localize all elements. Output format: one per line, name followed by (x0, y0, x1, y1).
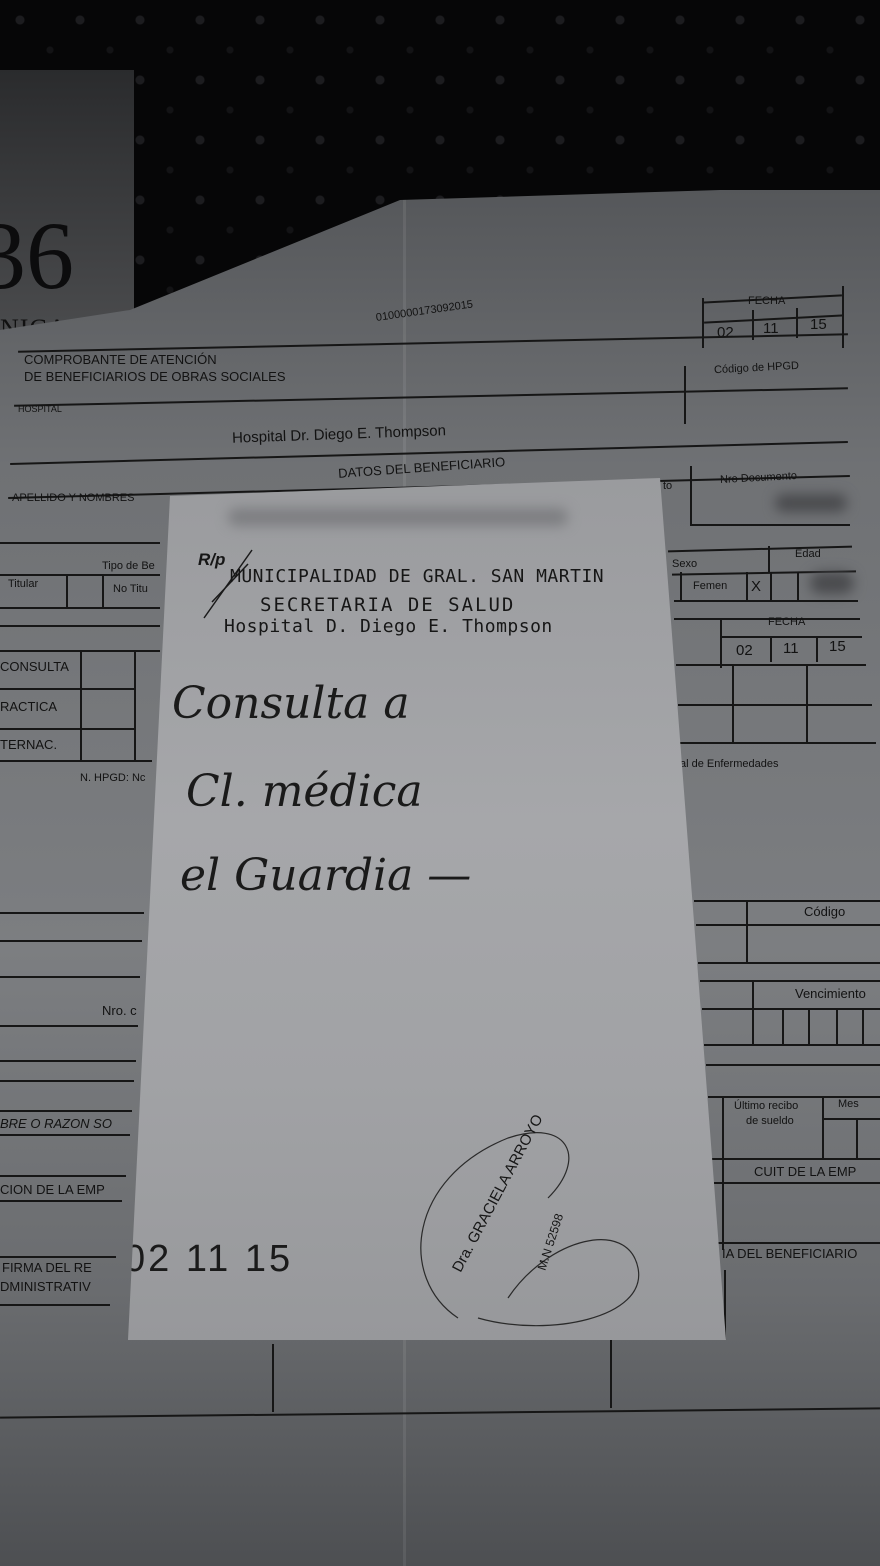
prescription-note: R/p MUNICIPALIDAD DE GRAL. SAN MARTIN SE… (128, 478, 726, 1340)
fecha2-year: 15 (829, 638, 846, 655)
rule (0, 574, 160, 576)
rule (700, 980, 880, 982)
rule (808, 1008, 810, 1044)
rule (0, 625, 160, 627)
rule (0, 542, 160, 544)
rule (702, 1008, 880, 1010)
rule (134, 650, 136, 760)
enfermedades-label: al de Enfermedades (680, 758, 778, 770)
rule (862, 1008, 864, 1044)
handwritten-date: 02 11 15 (124, 1238, 293, 1281)
razon-social-label: BRE O RAZON SO (0, 1116, 112, 1131)
cuit-label: CUIT DE LA EMP (754, 1164, 856, 1179)
rule (718, 1242, 880, 1244)
rule (0, 760, 152, 762)
form-title-line1: COMPROBANTE DE ATENCIÓN (24, 352, 217, 367)
rule (66, 574, 68, 608)
direccion-empresa-label: CION DE LA EMP (0, 1182, 105, 1197)
femenino-checkbox[interactable]: X (751, 578, 761, 595)
rule (674, 600, 858, 602)
rule (0, 1080, 134, 1082)
nro-label: Nro. c (102, 1003, 137, 1018)
rule (0, 1200, 122, 1202)
rule (680, 742, 876, 744)
form-title-line2: DE BENEFICIARIOS DE OBRAS SOCIALES (24, 369, 286, 384)
rule (0, 1134, 130, 1136)
rule (706, 1064, 880, 1066)
fecha2-label: FECHA (768, 616, 805, 628)
hospital-label: HOSPITAL (18, 404, 62, 414)
rule (102, 574, 104, 608)
vencimiento-label: Vencimiento (795, 986, 866, 1001)
redacted-patient-name (228, 508, 568, 526)
rule (768, 546, 770, 572)
background-number: 36 (0, 200, 74, 311)
rule (0, 1025, 138, 1027)
rule (822, 1118, 880, 1120)
rule (0, 1304, 110, 1306)
mes-label: Mes (838, 1098, 859, 1110)
datos-beneficiario-heading: DATOS DEL BENEFICIARIO (338, 454, 506, 481)
ultimo-recibo-label-1: Último recibo (734, 1100, 798, 1112)
rule (770, 636, 772, 662)
rule (676, 664, 866, 666)
femenino-label: Femen (693, 580, 727, 592)
rule (0, 688, 134, 690)
redacted-document-number (775, 494, 847, 512)
rule (797, 572, 799, 600)
fecha-day: 02 (717, 324, 734, 341)
rule (690, 524, 850, 526)
rule (782, 1008, 784, 1044)
rule (0, 1110, 132, 1112)
codigo-label: Código (804, 904, 845, 919)
nro-documento-label: Nro Documento (720, 470, 798, 486)
rule (694, 900, 880, 902)
firma-responsable-line2: DMINISTRATIV (0, 1279, 91, 1294)
rule (14, 387, 848, 406)
practica-label: RACTICA (0, 699, 57, 714)
rule (18, 333, 848, 352)
hospital-name: Hospital Dr. Diego E. Thompson (232, 422, 446, 446)
rule (0, 940, 142, 942)
handwritten-line-2: Cl. médica (186, 766, 423, 817)
rule (0, 607, 160, 609)
no-titular-label: No Titu (113, 583, 148, 595)
handwritten-line-3: el Guardia — (180, 850, 471, 901)
firma-responsable-line1: FIRMA DEL RE (2, 1260, 92, 1275)
rule (674, 618, 860, 620)
rule (746, 900, 748, 962)
fecha2-month: 11 (783, 640, 799, 657)
fecha2-day: 02 (736, 642, 753, 659)
rp-mark: R/p (198, 550, 225, 570)
rule (690, 466, 692, 526)
rule (272, 1344, 274, 1412)
rule (702, 298, 704, 348)
edad-label: Edad (795, 548, 821, 560)
rule (680, 572, 682, 602)
rule (720, 618, 722, 668)
fecha-year: 15 (810, 316, 827, 333)
rule (0, 1175, 126, 1177)
rule (684, 366, 686, 424)
rule (668, 546, 852, 553)
apellido-label: APELLIDO Y NOMBRES (12, 492, 134, 504)
rule (610, 1338, 612, 1408)
rule (704, 1044, 880, 1046)
tipo-beneficiario-label: Tipo de Be (102, 560, 155, 572)
rule (770, 572, 772, 600)
sexo-label: Sexo (672, 558, 697, 570)
codigo-hpgd-label: Código de HPGD (714, 360, 800, 376)
consulta-label: CONSULTA (0, 659, 69, 674)
fecha-label: FECHA (748, 295, 785, 307)
firma-beneficiario-label: IA DEL BENEFICIARIO (722, 1246, 857, 1261)
titular-label: Titular (8, 578, 38, 590)
rule (722, 1096, 724, 1250)
rule (712, 1158, 880, 1160)
rule (856, 1118, 858, 1158)
ultimo-recibo-label-2: de sueldo (746, 1115, 794, 1127)
internacion-label: TERNAC. (0, 737, 57, 752)
rule (752, 980, 754, 1044)
rule (0, 728, 134, 730)
rule (696, 924, 880, 926)
hpgd-note: N. HPGD: Nc (80, 772, 145, 784)
rule (678, 704, 872, 706)
rule (842, 286, 844, 348)
rule (0, 1060, 136, 1062)
rule (0, 976, 140, 978)
tipo-doc-fragment: to (663, 480, 672, 492)
issuer-hospital: Hospital D. Diego E. Thompson (224, 616, 553, 637)
background-sheet: 36 NICA (0, 70, 134, 330)
rule (816, 636, 818, 662)
rule (0, 1256, 116, 1258)
issuer-department: SECRETARIA DE SALUD (260, 594, 515, 616)
rule (714, 1182, 880, 1184)
serial-number: 0100000173092015 (375, 298, 474, 324)
rule (0, 1407, 880, 1418)
rule (746, 572, 748, 600)
handwritten-line-1: Consulta a (172, 678, 410, 729)
rule (822, 1096, 824, 1158)
rule (80, 650, 82, 760)
rule (836, 1008, 838, 1044)
rule (698, 962, 880, 964)
issuer-municipality: MUNICIPALIDAD DE GRAL. SAN MARTIN (230, 566, 604, 587)
rule (0, 912, 144, 914)
redacted-age (810, 572, 854, 594)
